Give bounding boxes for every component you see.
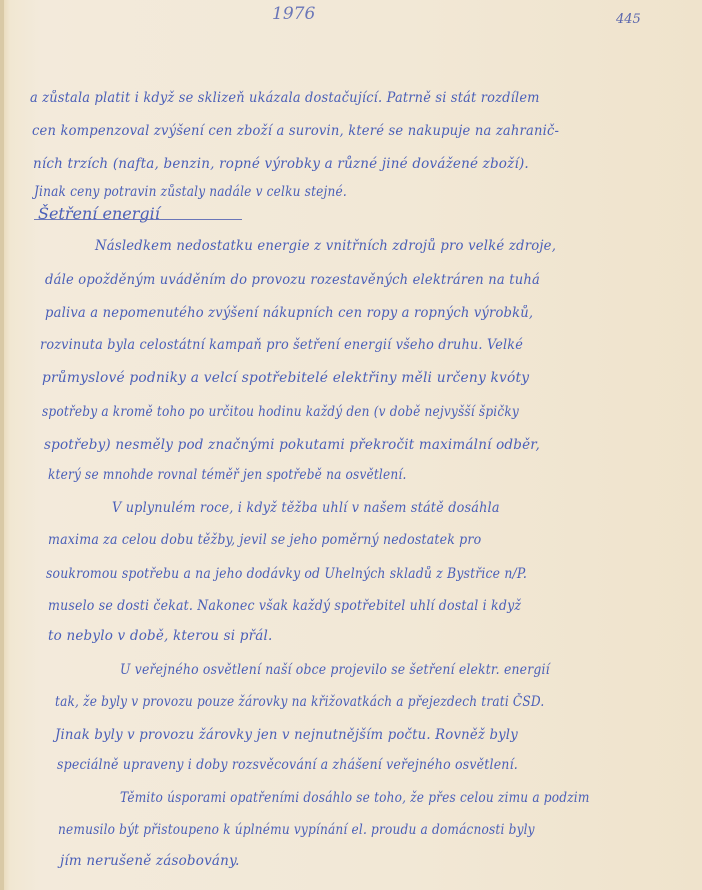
text-line: ních trzích (nafta, benzin, ropné výrobk… xyxy=(33,156,529,172)
text-line: který se mnohde rovnal téměř jen spotřeb… xyxy=(48,467,406,483)
text-line: speciálně upraveny i doby rozsvěcování a… xyxy=(57,757,518,773)
chronicle-year: 1976 xyxy=(272,4,315,24)
text-line: V uplynulém roce, i když těžba uhlí v na… xyxy=(112,500,500,516)
text-line: dále opožděným uváděním do provozu rozes… xyxy=(45,272,540,288)
text-line: spotřeby) nesměly pod značnými pokutami … xyxy=(44,437,540,453)
text-line: Jinak ceny potravin zůstaly nadále v cel… xyxy=(34,184,347,200)
heading-underline xyxy=(34,219,242,220)
page-number: 445 xyxy=(616,12,641,27)
text-line: spotřeby a kromě toho po určitou hodinu … xyxy=(42,404,519,420)
text-line: soukromou spotřebu a na jeho dodávky od … xyxy=(46,566,527,582)
text-line: průmyslové podniky a velcí spotřebitelé … xyxy=(42,370,529,386)
text-line: Následkem nedostatku energie z vnitřních… xyxy=(95,238,556,254)
text-line: a zůstala platit i když se sklizeň ukáza… xyxy=(30,90,540,106)
text-line: to nebylo v době, kterou si přál. xyxy=(48,628,273,644)
text-line: paliva a nepomenutého zvýšení nákupních … xyxy=(45,305,533,321)
text-line: Těmito úsporami opatřeními dosáhlo se to… xyxy=(120,790,590,806)
page-binding-edge xyxy=(0,0,4,890)
notebook-page: 1976 445 a zůstala platit i když se skli… xyxy=(0,0,702,890)
text-line: tak, že byly v provozu pouze žárovky na … xyxy=(55,694,544,710)
text-line: jím nerušeně zásobovány. xyxy=(60,853,240,869)
text-line: Jinak byly v provozu žárovky jen v nejnu… xyxy=(55,727,518,743)
text-line: maxima za celou dobu těžby, jevil se jeh… xyxy=(48,532,481,548)
text-line: muselo se dosti čekat. Nakonec však každ… xyxy=(48,598,521,614)
section-heading: Šetření energií xyxy=(38,204,160,223)
text-line: rozvinuta byla celostátní kampaň pro šet… xyxy=(40,337,523,353)
text-line: cen kompenzoval zvýšení cen zboží a suro… xyxy=(32,123,559,139)
text-line: nemusilo být přistoupeno k úplnému vypín… xyxy=(58,822,535,838)
text-line: U veřejného osvětlení naší obce projevil… xyxy=(120,662,550,678)
